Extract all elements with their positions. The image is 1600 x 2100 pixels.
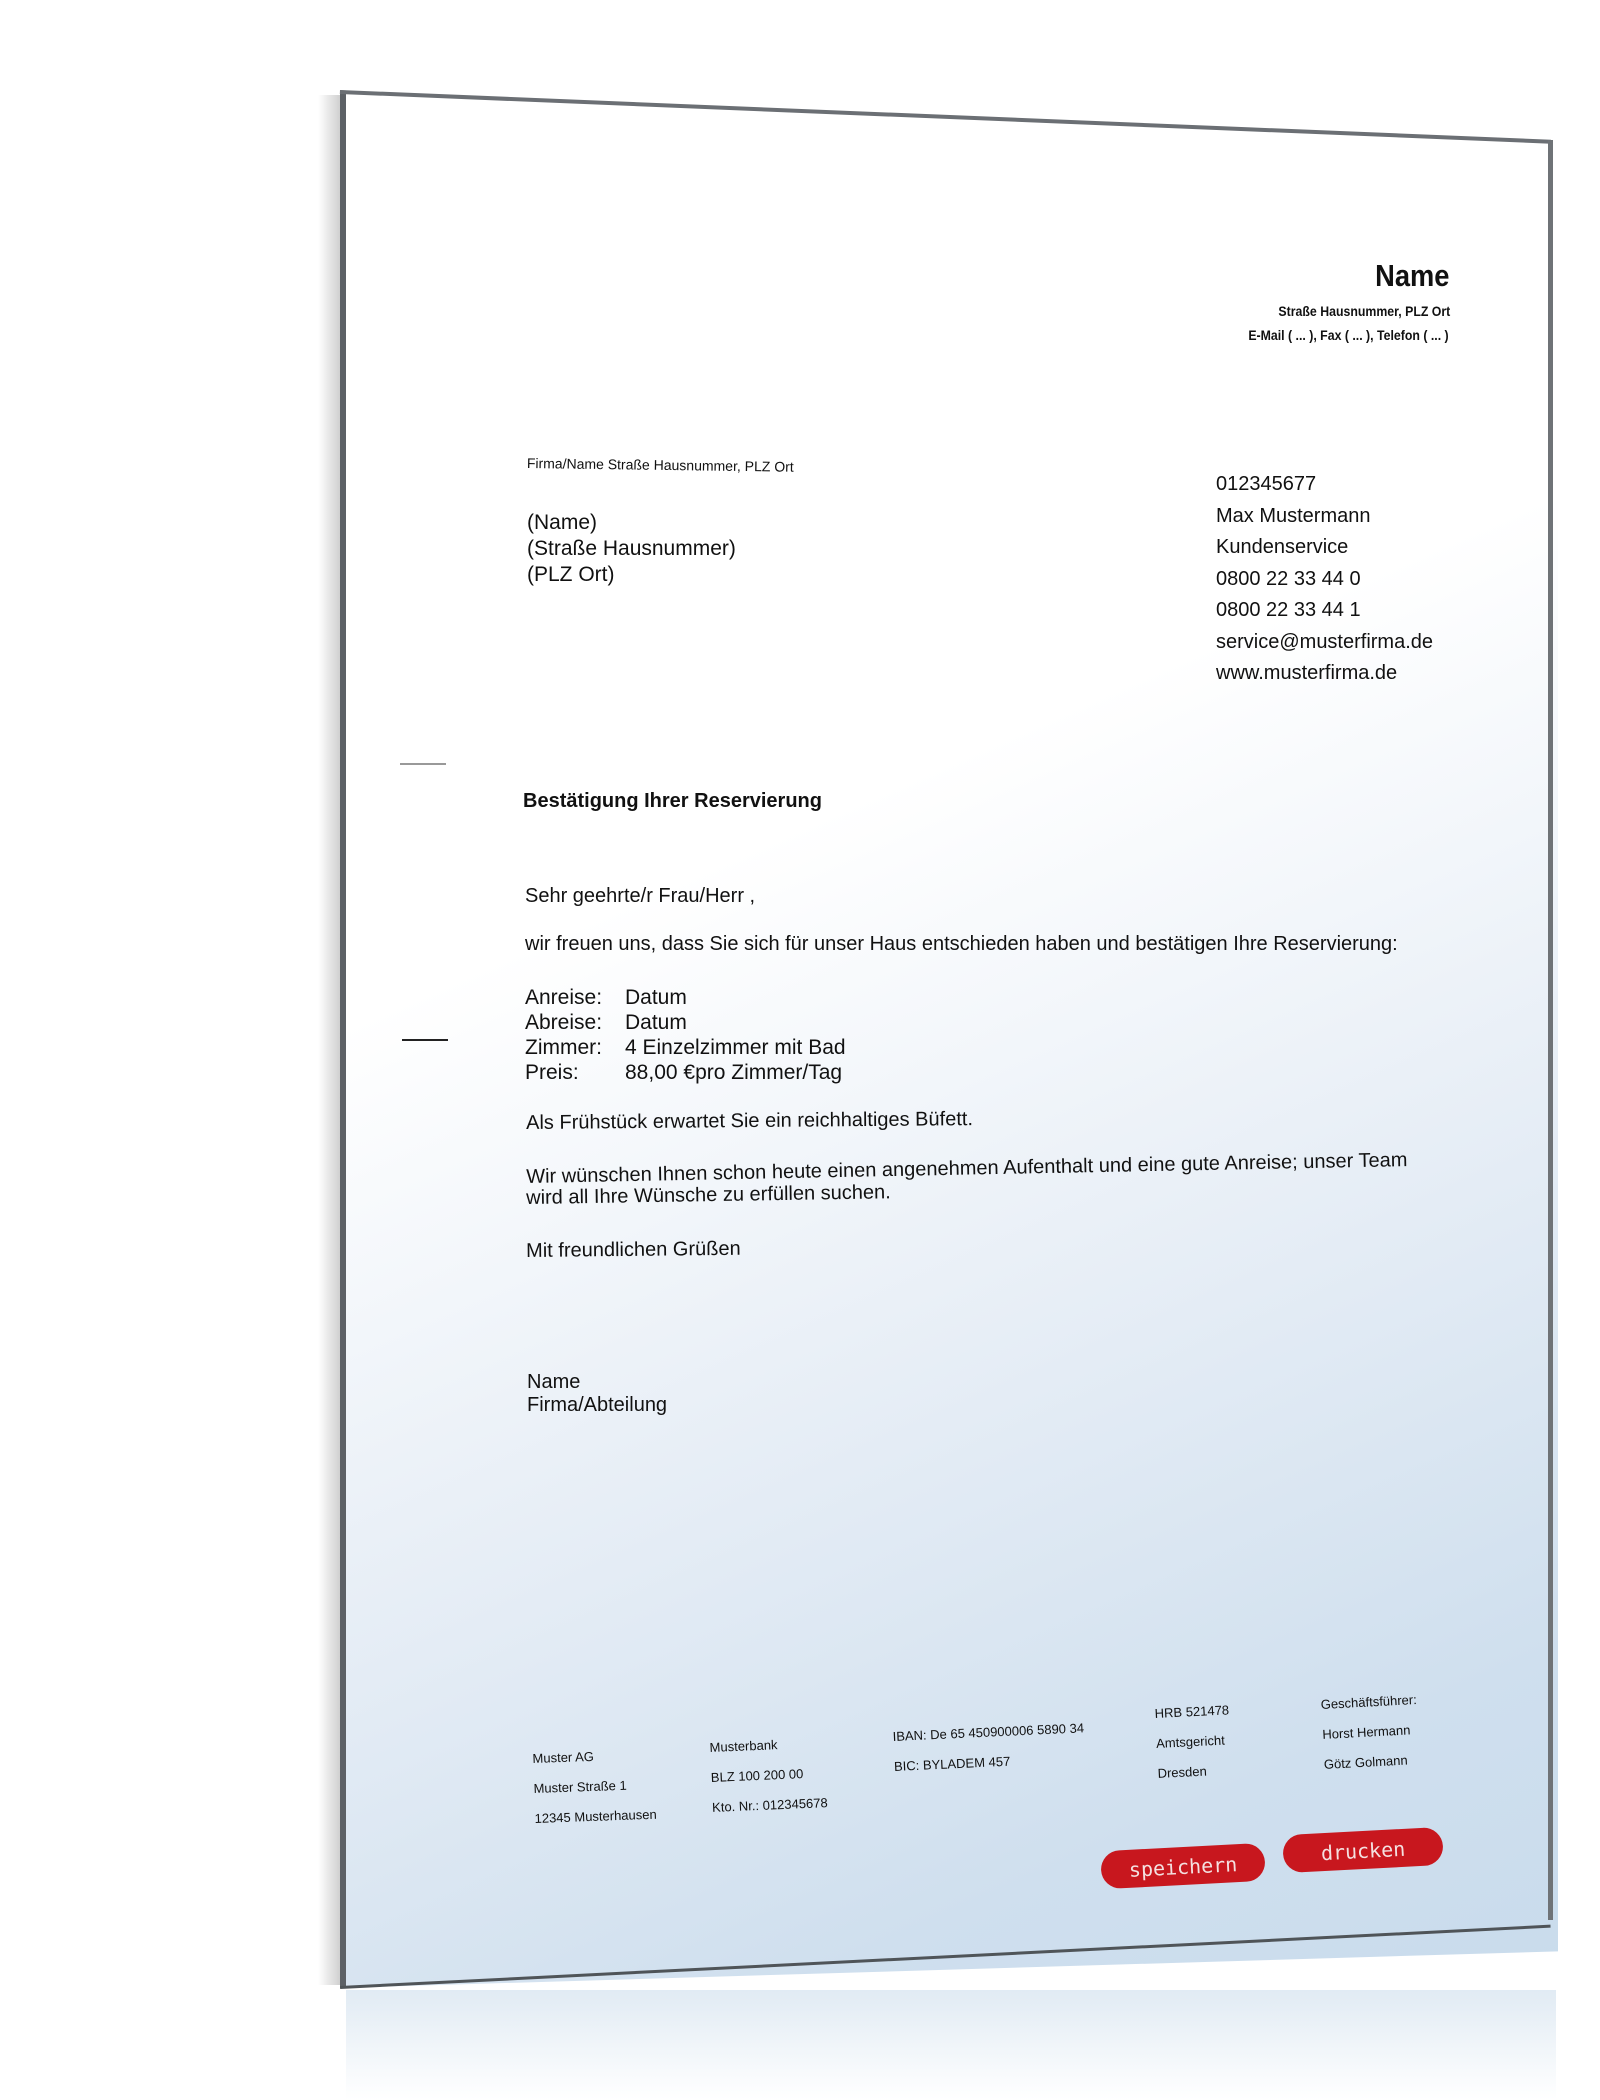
manager-2: Götz Golmann [1323,1745,1421,1780]
page-reflection [346,1990,1556,2100]
recipient-city: (PLZ Ort) [527,562,736,588]
detail-label: Abreise: [525,1010,625,1035]
detail-value: 4 Einzelzimmer mit Bad [625,1035,846,1060]
fold-mark-top [400,763,446,765]
bank-name: Musterbank [709,1728,826,1763]
detail-label: Zimmer: [525,1035,625,1060]
company-name: Muster AG [532,1740,655,1774]
signature-name: Name [527,1371,580,1394]
recipient-name: (Name) [527,510,736,536]
recipient-street: (Straße Hausnummer) [527,536,736,562]
sender-name: Name [1375,258,1449,294]
page-edge-right [1548,140,1553,1920]
footer-company: Muster AG Muster Straße 1 12345 Musterha… [532,1740,657,1834]
sender-contact: E-Mail ( ... ), Fax ( ... ), Telefon ( .… [1249,327,1449,343]
bank-code: BLZ 100 200 00 [710,1758,827,1793]
contact-block: 012345677 Max Mustermann Kundenservice 0… [1216,469,1433,690]
reservation-details: Anreise: Datum Abreise: Datum Zimmer: 4 … [525,985,846,1085]
reference-number: 012345677 [1216,469,1433,501]
recipient-address: (Name) (Straße Hausnummer) (PLZ Ort) [527,510,736,588]
sender-address: Straße Hausnummer, PLZ Ort [1278,303,1450,319]
detail-row-price: Preis: 88,00 €pro Zimmer/Tag [525,1060,846,1085]
register-number: HRB 521478 [1154,1695,1230,1729]
account-number: Kto. Nr.: 012345678 [712,1788,829,1823]
footer-iban: IBAN: De 65 450900006 5890 34 BIC: BYLAD… [892,1713,1086,1782]
detail-label: Preis: [525,1060,625,1085]
fax-number: 0800 22 33 44 1 [1216,595,1433,627]
closing: Mit freundlichen Grüßen [526,1238,741,1263]
detail-row-departure: Abreise: Datum [525,1010,846,1035]
detail-value: 88,00 €pro Zimmer/Tag [625,1060,842,1085]
signature-department: Firma/Abteilung [527,1394,667,1417]
email-address: service@musterfirma.de [1216,627,1433,659]
breakfast-paragraph: Als Frühstück erwartet Sie ein reichhalt… [526,1108,973,1135]
fold-mark-middle [402,1039,448,1041]
subject-line: Bestätigung Ihrer Reservierung [523,790,822,813]
detail-row-rooms: Zimmer: 4 Einzelzimmer mit Bad [525,1035,846,1060]
detail-value: Datum [625,1010,687,1035]
footer-bank: Musterbank BLZ 100 200 00 Kto. Nr.: 0123… [709,1728,828,1823]
court: Amtsgericht [1155,1725,1231,1759]
detail-row-arrival: Anreise: Datum [525,985,846,1010]
detail-value: Datum [625,985,687,1010]
court-city: Dresden [1157,1755,1233,1789]
phone-number: 0800 22 33 44 0 [1216,564,1433,596]
company-city: 12345 Musterhausen [534,1800,657,1834]
company-street: Muster Straße 1 [533,1770,656,1804]
website: www.musterfirma.de [1216,658,1433,690]
footer-register: HRB 521478 Amtsgericht Dresden [1154,1695,1233,1789]
footer-management: Geschäftsführer: Horst Hermann Götz Golm… [1320,1685,1421,1780]
contact-person: Max Mustermann [1216,501,1433,533]
department: Kundenservice [1216,532,1433,564]
intro-paragraph: wir freuen uns, dass Sie sich für unser … [525,933,1398,956]
salutation: Sehr geehrte/r Frau/Herr , [525,885,755,908]
detail-label: Anreise: [525,985,625,1010]
document-preview: Name Straße Hausnummer, PLZ Ort E-Mail (… [0,0,1600,2100]
